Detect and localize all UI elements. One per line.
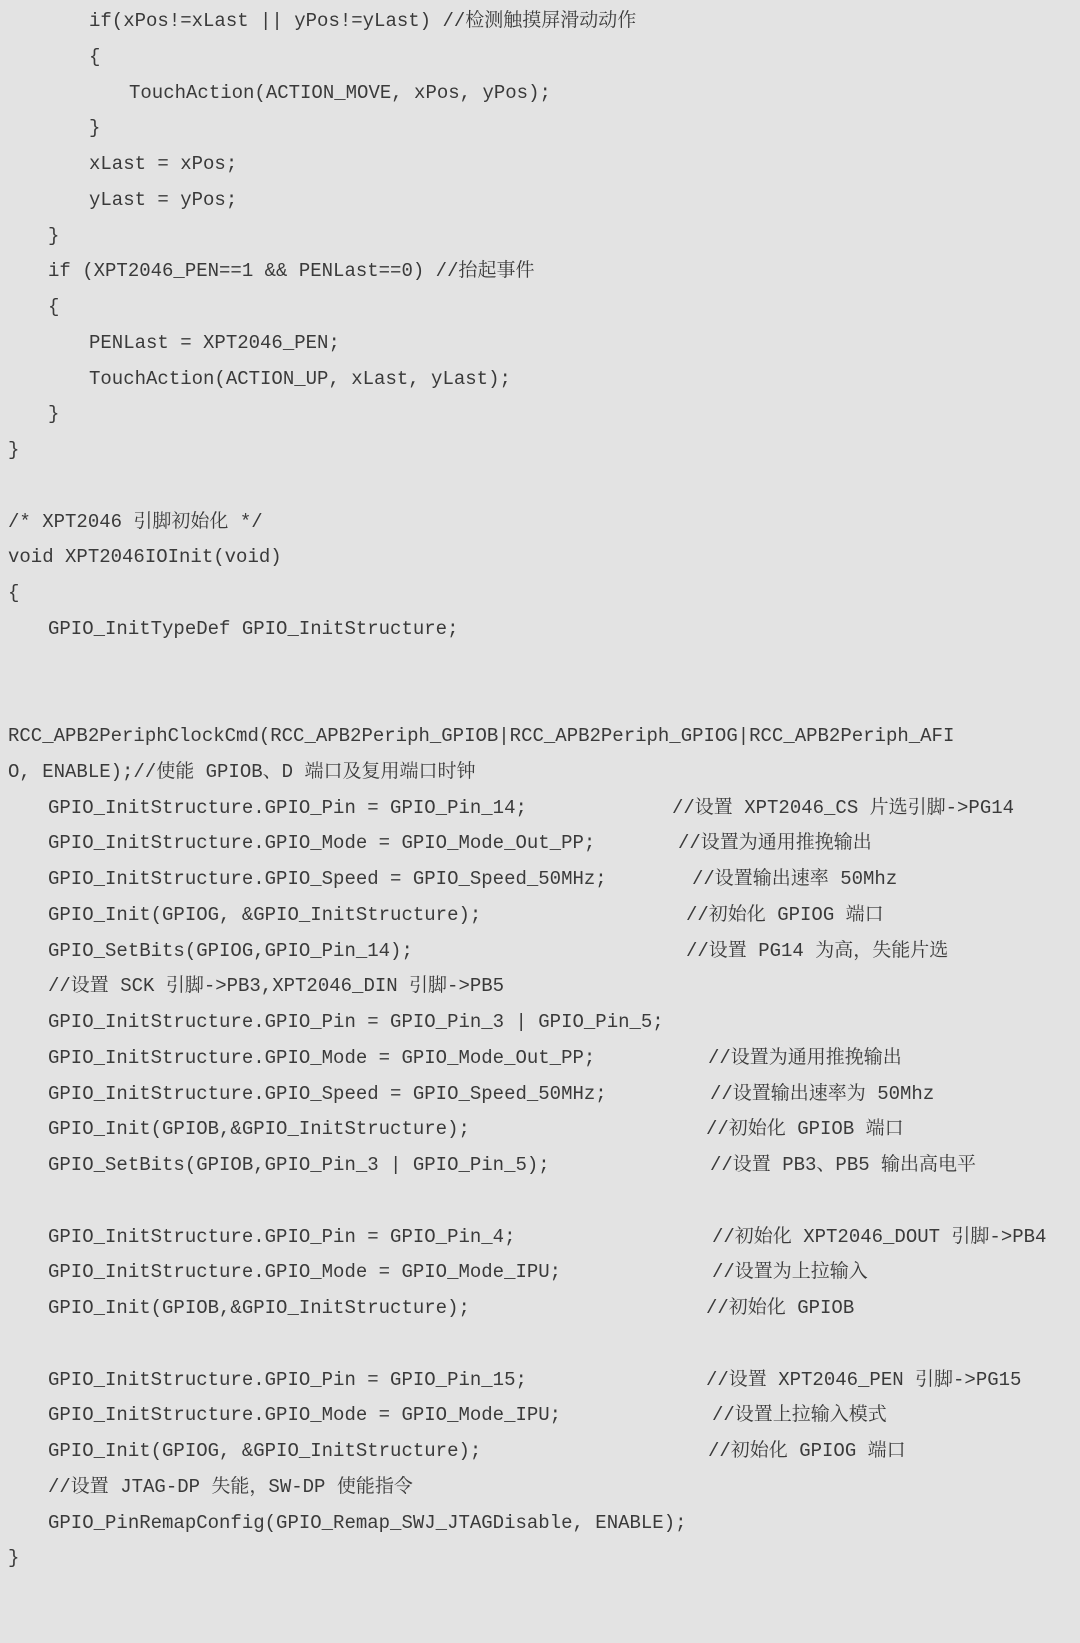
code-text: GPIO_InitStructure.GPIO_Pin = GPIO_Pin_4… — [48, 1220, 515, 1256]
code-text: GPIO_SetBits(GPIOB,GPIO_Pin_3 | GPIO_Pin… — [48, 1148, 550, 1184]
code-text: { — [89, 40, 100, 76]
code-comment: //初始化 GPIOB 端口 — [706, 1112, 904, 1148]
code-text: TouchAction(ACTION_UP, xLast, yLast); — [89, 362, 511, 398]
code-text: GPIO_SetBits(GPIOG,GPIO_Pin_14); — [48, 934, 413, 970]
code-line: GPIO_InitStructure.GPIO_Speed = GPIO_Spe… — [0, 862, 1080, 898]
code-text: GPIO_InitStructure.GPIO_Mode = GPIO_Mode… — [48, 1398, 561, 1434]
code-line: //设置 SCK 引脚->PB3,XPT2046_DIN 引脚->PB5 — [0, 969, 1080, 1005]
code-text: GPIO_InitStructure.GPIO_Speed = GPIO_Spe… — [48, 1077, 607, 1113]
code-text: if(xPos!=xLast || yPos!=yLast) //检测触摸屏滑动… — [89, 4, 636, 40]
code-line: } — [0, 397, 1080, 433]
code-text: TouchAction(ACTION_MOVE, xPos, yPos); — [129, 76, 551, 112]
code-line: GPIO_InitStructure.GPIO_Pin = GPIO_Pin_3… — [0, 1005, 1080, 1041]
code-line: GPIO_InitStructure.GPIO_Pin = GPIO_Pin_4… — [0, 1220, 1080, 1256]
code-text: O, ENABLE);//使能 GPIOB、D 端口及复用端口时钟 — [8, 755, 475, 791]
code-text: /* XPT2046 引脚初始化 */ — [8, 505, 263, 541]
code-line: yLast = yPos; — [0, 183, 1080, 219]
code-line: GPIO_InitStructure.GPIO_Speed = GPIO_Spe… — [0, 1077, 1080, 1113]
blank-line — [0, 1184, 1080, 1220]
code-comment: //初始化 GPIOB — [706, 1291, 854, 1327]
code-text: PENLast = XPT2046_PEN; — [89, 326, 340, 362]
code-line: //设置 JTAG-DP 失能，SW-DP 使能指令 — [0, 1470, 1080, 1506]
code-text: yLast = yPos; — [89, 183, 237, 219]
code-line: GPIO_InitTypeDef GPIO_InitStructure; — [0, 612, 1080, 648]
code-comment: //设置为上拉输入 — [712, 1255, 868, 1291]
code-comment: //初始化 GPIOG 端口 — [708, 1434, 906, 1470]
code-line: { — [0, 290, 1080, 326]
code-text: GPIO_InitStructure.GPIO_Pin = GPIO_Pin_3… — [48, 1005, 664, 1041]
code-text: void XPT2046IOInit(void) — [8, 540, 282, 576]
code-line: { — [0, 576, 1080, 612]
code-line: } — [0, 433, 1080, 469]
blank-line — [0, 683, 1080, 719]
code-text: GPIO_InitStructure.GPIO_Mode = GPIO_Mode… — [48, 1041, 595, 1077]
code-line: GPIO_PinRemapConfig(GPIO_Remap_SWJ_JTAGD… — [0, 1506, 1080, 1542]
blank-line — [0, 1327, 1080, 1363]
code-text: RCC_APB2PeriphClockCmd(RCC_APB2Periph_GP… — [8, 719, 954, 755]
code-line: GPIO_SetBits(GPIOB,GPIO_Pin_3 | GPIO_Pin… — [0, 1148, 1080, 1184]
code-text: } — [48, 219, 59, 255]
blank-line — [0, 469, 1080, 505]
code-text: GPIO_InitStructure.GPIO_Pin = GPIO_Pin_1… — [48, 791, 527, 827]
code-text: } — [8, 1541, 19, 1577]
code-line: } — [0, 1541, 1080, 1577]
code-comment: //设置为通用推挽输出 — [678, 826, 872, 862]
code-text: GPIO_Init(GPIOB,&GPIO_InitStructure); — [48, 1112, 470, 1148]
code-line: } — [0, 219, 1080, 255]
code-comment: //设置输出速率为 50Mhz — [710, 1077, 934, 1113]
code-text: GPIO_PinRemapConfig(GPIO_Remap_SWJ_JTAGD… — [48, 1506, 687, 1542]
code-line: GPIO_InitStructure.GPIO_Mode = GPIO_Mode… — [0, 1041, 1080, 1077]
code-text: GPIO_InitStructure.GPIO_Mode = GPIO_Mode… — [48, 826, 595, 862]
code-line: GPIO_SetBits(GPIOG,GPIO_Pin_14);//设置 PG1… — [0, 934, 1080, 970]
code-comment: //设置上拉输入模式 — [712, 1398, 887, 1434]
code-text: GPIO_Init(GPIOG, &GPIO_InitStructure); — [48, 898, 481, 934]
code-comment: //初始化 GPIOG 端口 — [686, 898, 884, 934]
code-comment: //设置输出速率 50Mhz — [692, 862, 897, 898]
code-comment: //设置 XPT2046_PEN 引脚->PG15 — [706, 1363, 1021, 1399]
code-line: GPIO_InitStructure.GPIO_Pin = GPIO_Pin_1… — [0, 1363, 1080, 1399]
code-line: O, ENABLE);//使能 GPIOB、D 端口及复用端口时钟 — [0, 755, 1080, 791]
code-line: RCC_APB2PeriphClockCmd(RCC_APB2Periph_GP… — [0, 719, 1080, 755]
code-line: /* XPT2046 引脚初始化 */ — [0, 505, 1080, 541]
code-text: //设置 JTAG-DP 失能，SW-DP 使能指令 — [48, 1470, 413, 1506]
code-text: } — [89, 111, 100, 147]
code-comment: //设置 PG14 为高，失能片选 — [686, 934, 948, 970]
code-line: GPIO_Init(GPIOG, &GPIO_InitStructure);//… — [0, 1434, 1080, 1470]
code-comment: //设置 PB3、PB5 输出高电平 — [710, 1148, 976, 1184]
code-comment: //初始化 XPT2046_DOUT 引脚->PB4 — [712, 1220, 1046, 1256]
code-text: //设置 SCK 引脚->PB3,XPT2046_DIN 引脚->PB5 — [48, 969, 504, 1005]
code-line: GPIO_InitStructure.GPIO_Pin = GPIO_Pin_1… — [0, 791, 1080, 827]
blank-line — [0, 648, 1080, 684]
code-text: GPIO_InitStructure.GPIO_Mode = GPIO_Mode… — [48, 1255, 561, 1291]
code-line: GPIO_Init(GPIOB,&GPIO_InitStructure);//初… — [0, 1112, 1080, 1148]
code-line: if (XPT2046_PEN==1 && PENLast==0) //抬起事件 — [0, 254, 1080, 290]
code-line: xLast = xPos; — [0, 147, 1080, 183]
code-text: GPIO_InitStructure.GPIO_Pin = GPIO_Pin_1… — [48, 1363, 527, 1399]
code-line: TouchAction(ACTION_MOVE, xPos, yPos); — [0, 76, 1080, 112]
code-line: PENLast = XPT2046_PEN; — [0, 326, 1080, 362]
code-text: GPIO_Init(GPIOB,&GPIO_InitStructure); — [48, 1291, 470, 1327]
code-line: if(xPos!=xLast || yPos!=yLast) //检测触摸屏滑动… — [0, 4, 1080, 40]
code-text: if (XPT2046_PEN==1 && PENLast==0) //抬起事件 — [48, 254, 534, 290]
code-line: GPIO_InitStructure.GPIO_Mode = GPIO_Mode… — [0, 1398, 1080, 1434]
code-line: GPIO_Init(GPIOB,&GPIO_InitStructure);//初… — [0, 1291, 1080, 1327]
code-line: GPIO_InitStructure.GPIO_Mode = GPIO_Mode… — [0, 826, 1080, 862]
code-line: GPIO_InitStructure.GPIO_Mode = GPIO_Mode… — [0, 1255, 1080, 1291]
code-text: { — [8, 576, 19, 612]
code-listing: if(xPos!=xLast || yPos!=yLast) //检测触摸屏滑动… — [0, 4, 1080, 1577]
code-comment: //设置为通用推挽输出 — [708, 1041, 902, 1077]
code-line: TouchAction(ACTION_UP, xLast, yLast); — [0, 362, 1080, 398]
code-line: { — [0, 40, 1080, 76]
code-text: } — [8, 433, 19, 469]
code-text: } — [48, 397, 59, 433]
code-text: { — [48, 290, 59, 326]
code-line: void XPT2046IOInit(void) — [0, 540, 1080, 576]
code-text: GPIO_InitStructure.GPIO_Speed = GPIO_Spe… — [48, 862, 607, 898]
code-line: GPIO_Init(GPIOG, &GPIO_InitStructure);//… — [0, 898, 1080, 934]
code-text: GPIO_Init(GPIOG, &GPIO_InitStructure); — [48, 1434, 481, 1470]
code-text: xLast = xPos; — [89, 147, 237, 183]
code-text: GPIO_InitTypeDef GPIO_InitStructure; — [48, 612, 458, 648]
code-line: } — [0, 111, 1080, 147]
code-comment: //设置 XPT2046_CS 片选引脚->PG14 — [672, 791, 1014, 827]
